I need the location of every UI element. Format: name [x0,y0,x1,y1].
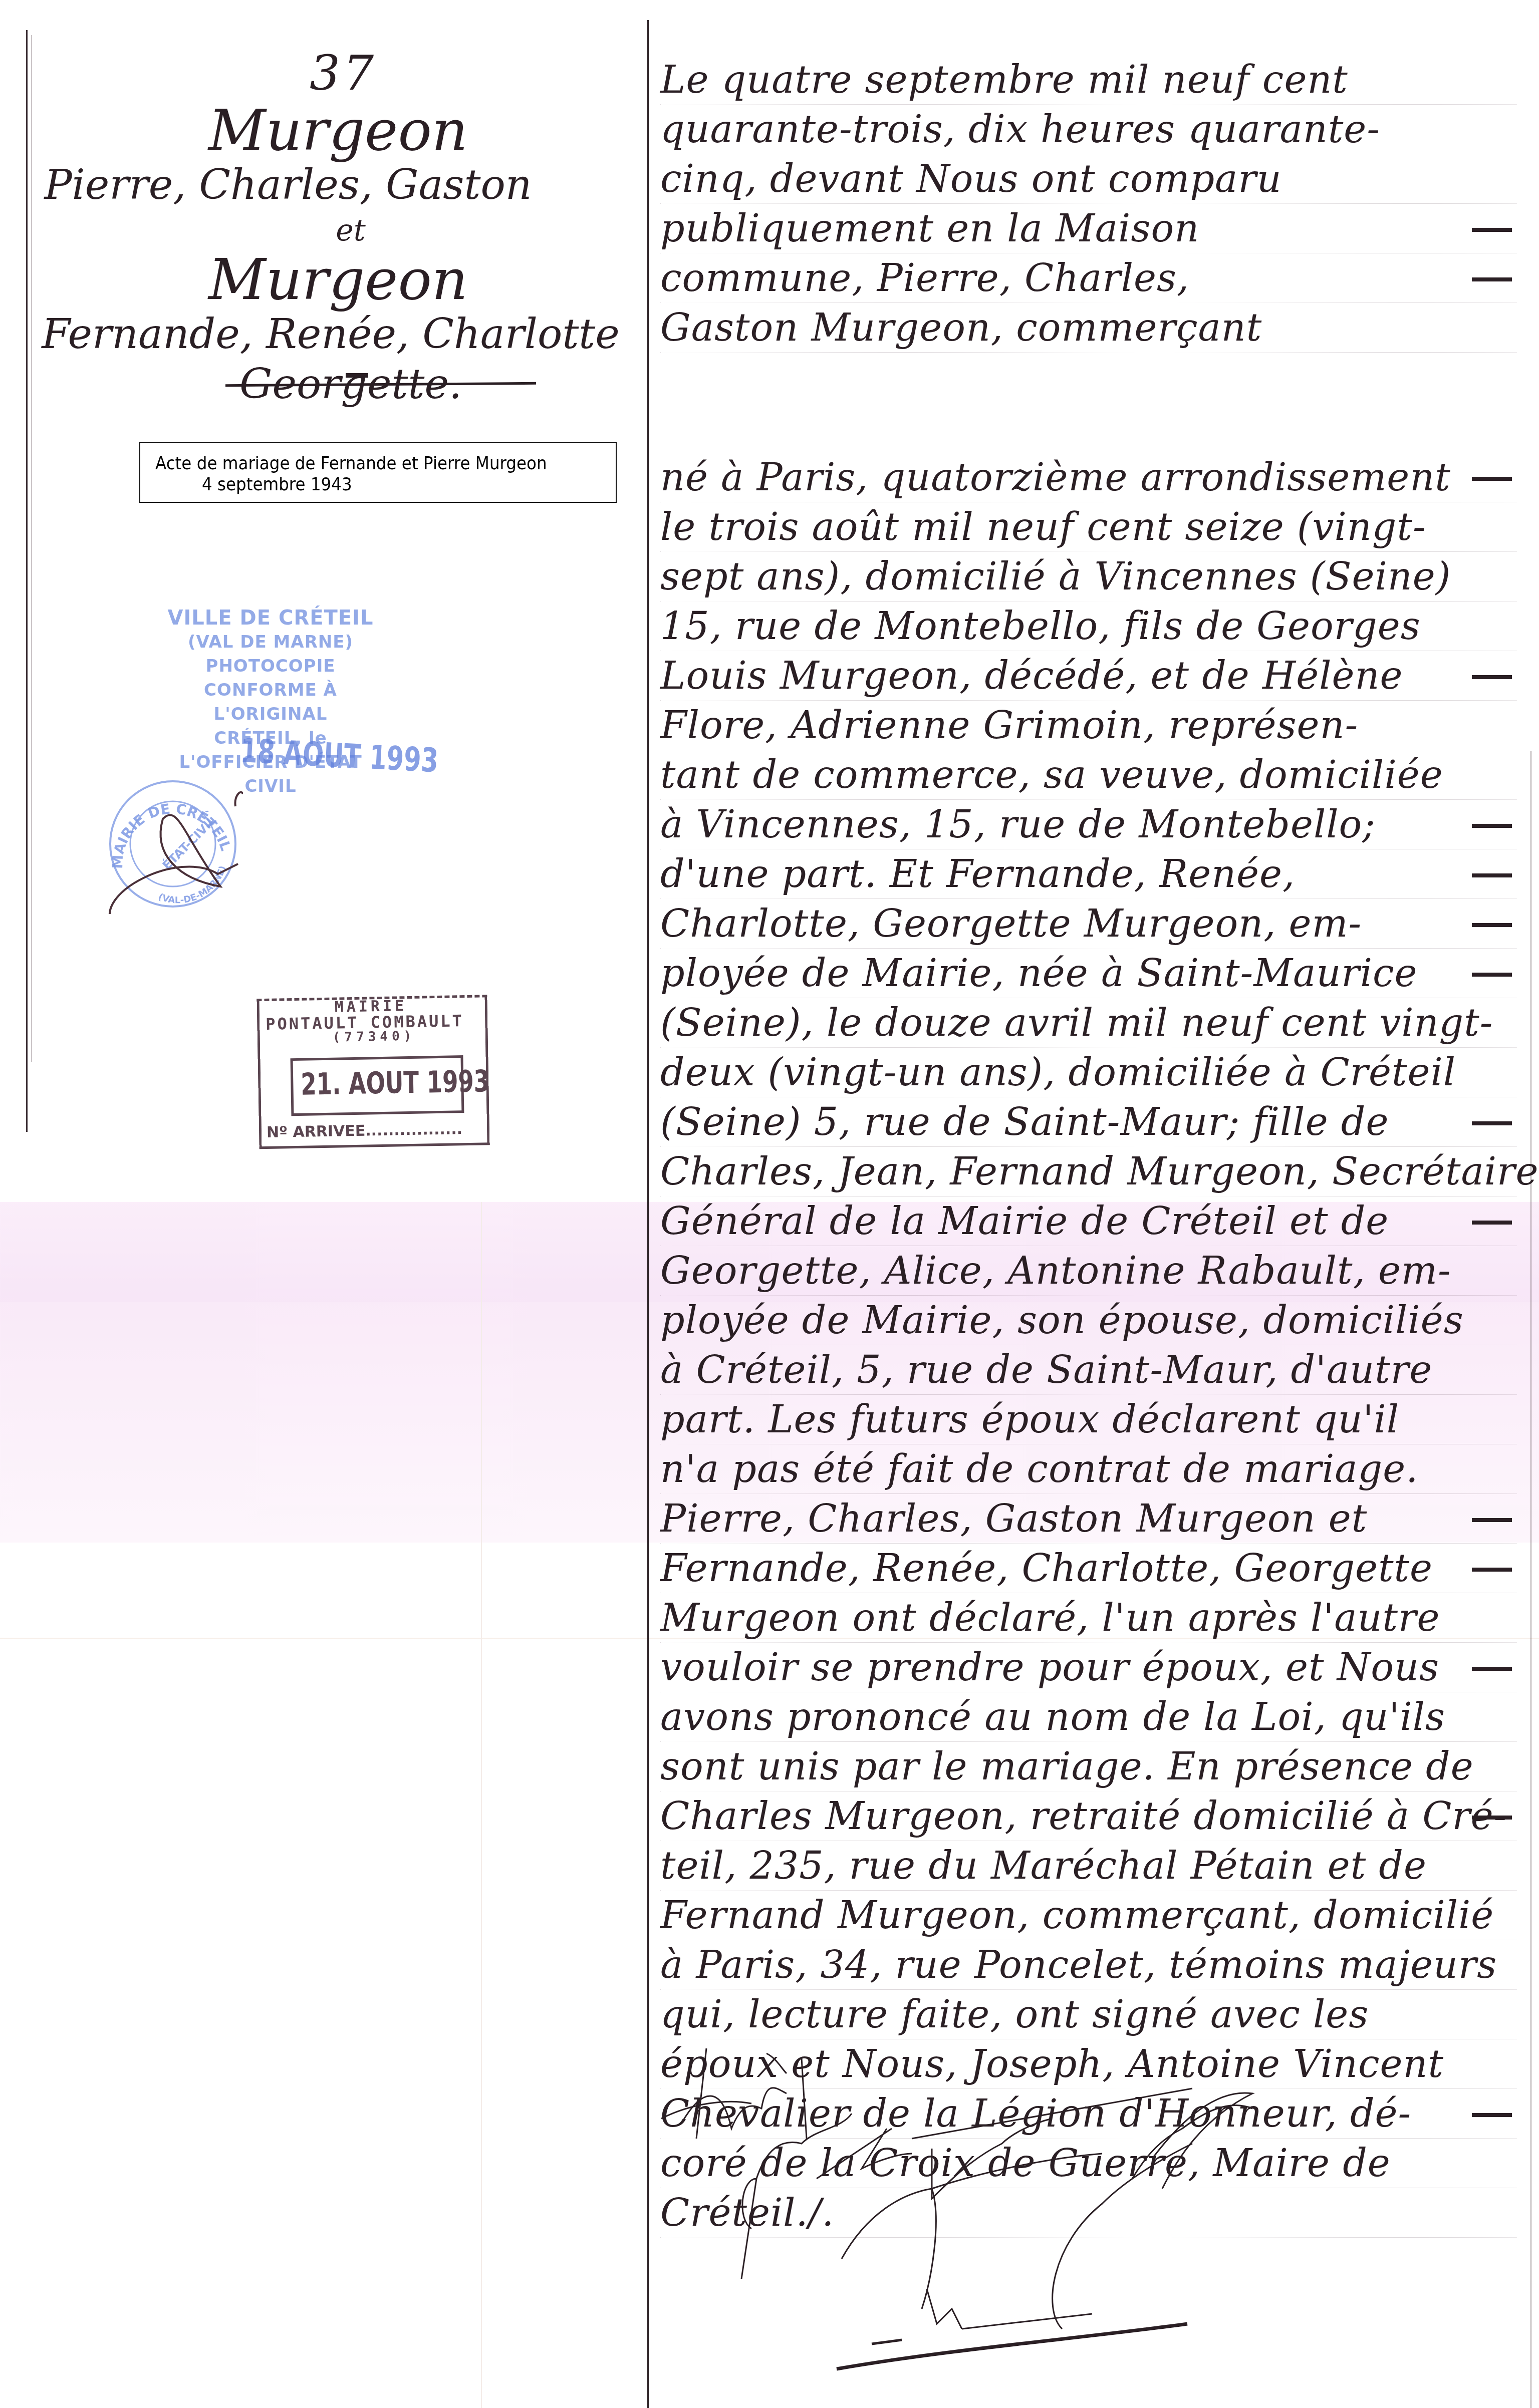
caption-title: Acte de mariage de Fernande et Pierre Mu… [155,454,547,474]
line-filler-dash [1472,1667,1512,1671]
act-text-line-content: (Seine), le douze avril mil neuf cent vi… [660,1000,1493,1045]
act-text-line: Charlotte, Georgette Murgeon, em- [660,899,1517,949]
act-text-line-content: quarante-trois, dix heures quarante- [660,107,1380,151]
line-filler-dash [1472,277,1512,281]
act-text-line: Le quatre septembre mil neuf cent [660,55,1517,105]
act-text-line-content: Flore, Adrienne Grimoin, représen- [660,703,1358,747]
act-text-line: n'a pas été fait de contrat de mariage. [660,1444,1517,1494]
act-text-line: Général de la Mairie de Créteil et de [660,1196,1517,1246]
act-text-line: ployée de Mairie, son épouse, domiciliés [660,1296,1517,1345]
act-text-line: vouloir se prendre pour époux, et Nous [660,1643,1517,1692]
act-text-line-content: d'une part. Et Fernande, Renée, [660,851,1295,896]
act-text-line-content: Louis Murgeon, décédé, et de Hélène [660,653,1403,698]
line-filler-dash [1472,228,1512,232]
act-text-line: Gaston Murgeon, commerçant [660,303,1517,353]
receipt-stamp-date: 21. AOUT 1993 [301,1064,490,1102]
act-text-line-content: vouloir se prendre pour époux, et Nous [660,1645,1439,1689]
line-filler-dash [1472,1121,1512,1125]
act-text-line-content: Gaston Murgeon, commerçant [660,305,1262,350]
act-text-line-content: ployée de Mairie, son épouse, domiciliés [660,1298,1464,1342]
act-text-line-content: Fernande, Renée, Charlotte, Georgette [660,1546,1433,1590]
act-text-line: né à Paris, quatorzième arrondissement [660,453,1517,502]
act-text-line: ployée de Mairie, née à Saint-Maurice [660,949,1517,998]
paper-fold-line [481,1202,482,2408]
act-text-line: à Créteil, 5, rue de Saint-Maur, d'autre [660,1345,1517,1395]
act-text-line-content: Murgeon ont déclaré, l'un après l'autre [660,1595,1440,1640]
mairie-round-seal: MAIRIE DE CRÉTEIL (VAL-DE-MARNE) ÉTAT-CI… [103,774,243,914]
bride-given-names: Fernande, Renée, Charlotte [0,310,671,360]
margin-heading: 37 Murgeon Pierre, Charles, Gaston et Mu… [70,45,671,410]
act-text-line: Flore, Adrienne Grimoin, représen- [660,701,1517,750]
act-text-line: à Vincennes, 15, rue de Montebello; [660,800,1517,849]
act-text-line-content: le trois août mil neuf cent seize (vingt… [660,504,1426,549]
bride-surname: Murgeon [5,250,671,310]
act-text-line-content: sept ans), domicilié à Vincennes (Seine) [660,554,1451,598]
act-text-line: à Paris, 34, rue Poncelet, témoins majeu… [660,1940,1517,1990]
act-text-line-content: né à Paris, quatorzième arrondissement [660,455,1451,499]
act-text-line-content: à Paris, 34, rue Poncelet, témoins majeu… [660,1942,1497,1987]
act-text-line: Georgette, Alice, Antonine Rabault, em- [660,1246,1517,1296]
act-text-line: Fernande, Renée, Charlotte, Georgette [660,1544,1517,1593]
act-text-line: sont unis par le mariage. En présence de [660,1742,1517,1791]
act-text-line: (Seine) 5, rue de Saint-Maur; fille de [660,1097,1517,1147]
receipt-stamp-line3: (77340) [333,1029,416,1045]
act-text-line: d'une part. Et Fernande, Renée, [660,849,1517,899]
act-text-line: teil, 235, rue du Maréchal Pétain et de [660,1841,1517,1891]
act-text-line: (Seine), le douze avril mil neuf cent vi… [660,998,1517,1048]
act-text-line-content: Général de la Mairie de Créteil et de [660,1198,1389,1243]
act-text-line: Charles Murgeon, retraité domicilié à Cr… [660,1791,1517,1841]
act-text-line-content: sont unis par le mariage. En présence de [660,1744,1474,1788]
act-text-line-content: (Seine) 5, rue de Saint-Maur; fille de [660,1099,1389,1144]
line-filler-dash [1472,923,1512,927]
stamp-line: CONFORME À L'ORIGINAL [150,678,391,726]
act-text-line-content: teil, 235, rue du Maréchal Pétain et de [660,1843,1427,1888]
act-text-line-content: Charles Murgeon, retraité domicilié à Cr… [660,1793,1507,1838]
groom-given-names: Pierre, Charles, Gaston [0,160,671,210]
caption-date: 4 septembre 1943 [202,475,352,495]
act-text-line: Pierre, Charles, Gaston Murgeon et [660,1494,1517,1544]
act-text-line-content: deux (vingt-un ans), domiciliée à Crétei… [660,1050,1456,1094]
act-text-line-content: tant de commerce, sa veuve, domiciliée [660,752,1443,797]
caption-box: Acte de mariage de Fernande et Pierre Mu… [139,442,617,503]
line-filler-dash [1472,1816,1512,1820]
act-text-line-content: 15, rue de Montebello, fils de Georges [660,604,1421,648]
margin-rule-right [1530,751,1531,2408]
line-filler-dash [1472,1221,1512,1225]
act-text-line: Fernand Murgeon, commerçant, domicilié [660,1891,1517,1940]
stamp-line: (VAL DE MARNE) [150,630,391,654]
act-text-line-content: à Vincennes, 15, rue de Montebello; [660,802,1376,846]
stamp-line: PHOTOCOPIE [150,654,391,678]
signatures [651,2028,1528,2379]
act-text-line-content: Fernand Murgeon, commerçant, domicilié [660,1893,1494,1937]
line-filler-dash [1472,1568,1512,1572]
act-text-line-content: commune, Pierre, Charles, [660,255,1189,300]
act-text-line: Charles, Jean, Fernand Murgeon, Secrétai… [660,1147,1517,1196]
margin-dash [346,373,368,378]
act-text-line-content: avons prononcé au nom de la Loi, qu'ils [660,1694,1445,1739]
stamp-line: VILLE DE CRÉTEIL [150,606,391,630]
act-text-line-content: Charles, Jean, Fernand Murgeon, Secrétai… [660,1149,1538,1193]
act-text-line: tant de commerce, sa veuve, domiciliée [660,750,1517,800]
act-text-line: deux (vingt-un ans), domiciliée à Crétei… [660,1048,1517,1097]
conjunction: et [30,210,671,250]
record-number: 37 [15,45,671,101]
line-filler-dash [1472,1518,1512,1522]
groom-surname: Murgeon [5,101,671,160]
act-text-line-content: Pierre, Charles, Gaston Murgeon et [660,1496,1367,1541]
act-text-line-content: Charlotte, Georgette Murgeon, em- [660,901,1362,946]
blank-gap [660,353,1517,453]
act-text-line-content: Georgette, Alice, Antonine Rabault, em- [660,1248,1451,1293]
act-text-line: part. Les futurs époux déclarent qu'il [660,1395,1517,1444]
act-text-line: 15, rue de Montebello, fils de Georges [660,601,1517,651]
act-text-line: avons prononcé au nom de la Loi, qu'ils [660,1692,1517,1742]
act-text-line: quarante-trois, dix heures quarante- [660,105,1517,154]
act-text-line-content: n'a pas été fait de contrat de mariage. [660,1446,1418,1491]
act-text-line: cinq, devant Nous ont comparu [660,154,1517,204]
act-body-text: Le quatre septembre mil neuf centquarant… [660,55,1517,2238]
act-text-line-content: publiquement en la Maison [660,206,1199,250]
act-text-line-content: ployée de Mairie, née à Saint-Maurice [660,951,1418,995]
act-text-line-content: cinq, devant Nous ont comparu [660,156,1282,201]
receipt-arrival-number: Nº ARRIVEE................. [267,1120,463,1141]
act-text-line: Louis Murgeon, décédé, et de Hélène [660,651,1517,701]
act-text-line: commune, Pierre, Charles, [660,253,1517,303]
act-text-line-content: part. Les futurs époux déclarent qu'il [660,1397,1399,1441]
receipt-stamp: MAIRIE PONTAULT COMBAULT (77340) 21. AOU… [249,984,512,1159]
act-text-line: publiquement en la Maison [660,204,1517,253]
act-text-line-content: à Créteil, 5, rue de Saint-Maur, d'autre [660,1347,1432,1392]
act-text-line: sept ans), domicilié à Vincennes (Seine) [660,552,1517,601]
line-filler-dash [1472,824,1512,828]
line-filler-dash [1472,973,1512,977]
line-filler-dash [1472,675,1512,679]
act-text-line: Murgeon ont déclaré, l'un après l'autre [660,1593,1517,1643]
act-text-line: le trois août mil neuf cent seize (vingt… [660,502,1517,552]
line-filler-dash [1472,873,1512,877]
line-filler-dash [1472,477,1512,481]
act-text-line-content: Le quatre septembre mil neuf cent [660,57,1348,102]
